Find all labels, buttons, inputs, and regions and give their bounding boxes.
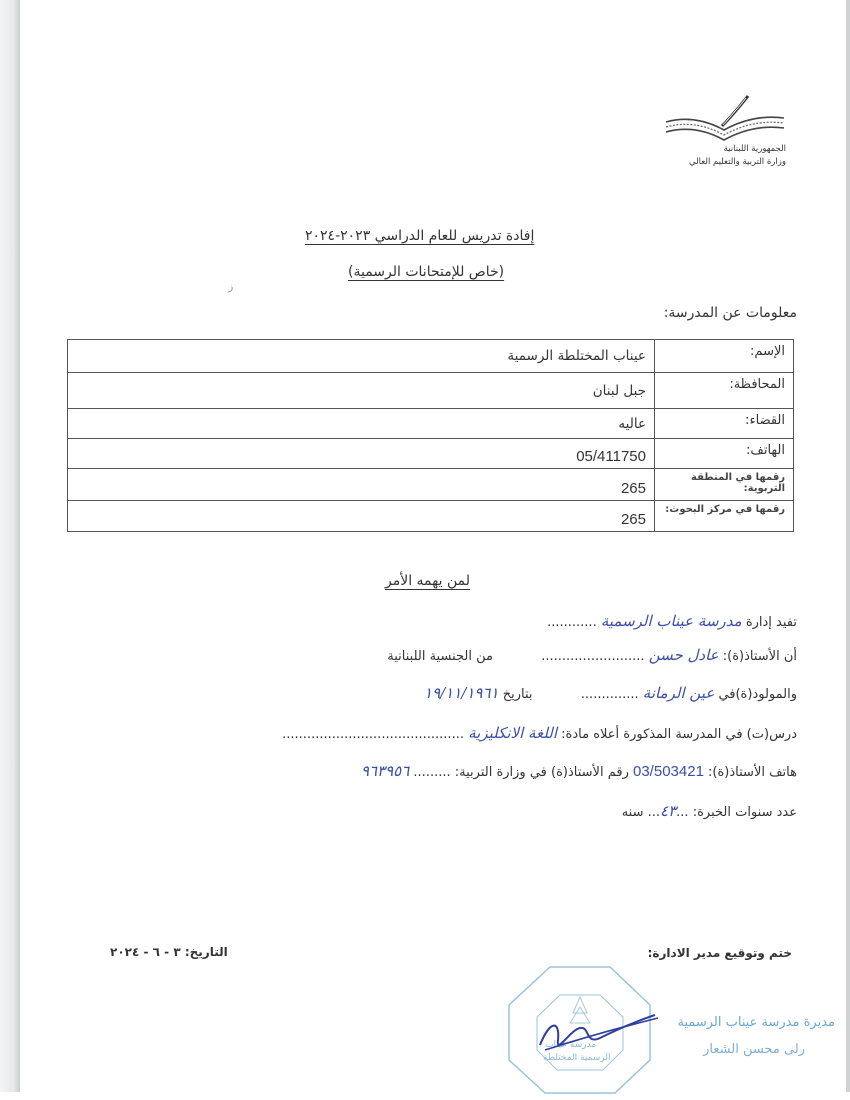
research-center-number-value: 265 [68,501,655,532]
republic-label: الجمهورية اللبنانية [724,144,786,154]
certificate-line-2: أن الأستاذ(ة): عادل حسن ................… [387,646,797,664]
line4-prefix: درس(ت) في المدرسة المذكورة أعلاه مادة: [561,727,797,742]
page-edge-right [846,0,850,1092]
name-label: الإسم: [655,340,794,373]
table-row: رقمها في مركز البحوث: 265 [68,501,794,532]
document-subtitle: (خاص للإمتحانات الرسمية) [348,264,504,280]
name-value: عيناب المختلطة الرسمية [68,340,655,373]
footer-date: التاريخ: ٣ - ٦ - ٢٠٢٤ [110,945,228,959]
handwritten-birthplace: عين الرمانة [643,684,715,702]
teacher-phone-label: هاتف الأستاذ(ة): [708,765,797,780]
handwritten-school-name: مدرسة عيناب الرسمية [601,612,742,630]
region-number-label: رقمها في المنطقة التربوية: [655,469,794,501]
district-label: القضاء: [655,409,794,439]
phone-label: الهاتف: [655,439,794,469]
phone-value: 05/411750 [68,439,655,469]
certificate-line-3: والمولود(ة)في عين الرمانة ..............… [424,684,797,702]
handwritten-subject: اللغة الانكليزية [468,724,557,742]
line1-dots: ............ [547,615,597,630]
footer-date-label: التاريخ: [185,945,228,959]
stamp-principal-title: مديرة مدرسة عيناب الرسمية [677,1015,835,1030]
research-center-number-label: رقمها في مركز البحوث: [655,501,794,532]
line2-prefix: أن الأستاذ(ة): [723,649,797,664]
to-whom-heading: لمن يهمه الأمر [385,573,470,589]
district-value: عاليه [68,409,655,439]
line4-dots: ........................................… [282,727,464,742]
experience-dots-before: ... [676,805,688,820]
footer-date-value: ٣ - ٦ - ٢٠٢٤ [110,945,181,959]
date-label: بتاريخ [503,687,533,702]
stray-mark: ﺯ [228,280,233,293]
certificate-line-6: عدد سنوات الخبرة: ...٤٣... سنه [622,802,797,820]
line2-dots: ......................... [541,649,644,664]
nationality-text: من الجنسية اللبنانية [387,649,493,664]
line3-prefix: والمولود(ة)في [718,687,797,702]
signature-label: ختم وتوقيع مدير الادارة: [648,946,792,960]
years-unit: سنه [622,805,644,820]
ministry-number-label: رقم الأستاذ(ة) في وزارة التربية: [455,765,629,780]
handwritten-experience-years: ٤٣ [660,802,676,820]
stamp-principal-name: رلى محسن الشعار [703,1042,805,1057]
governorate-label: المحافظة: [655,373,794,409]
table-row: الإسم: عيناب المختلطة الرسمية [68,340,794,373]
handwritten-birthdate: ١٩/١١/١٩٦١ [424,684,499,702]
experience-dots-after: ... [648,805,660,820]
book-with-pen-icon [660,92,790,142]
line3-dots: .............. [581,687,639,702]
page-edge-left [0,0,20,1092]
table-row: الهاتف: 05/411750 [68,439,794,469]
line5-dots: ......... [413,765,450,780]
table-row: القضاء: عاليه [68,409,794,439]
line1-prefix: تفيد إدارة [746,615,797,630]
certificate-line-5: هاتف الأستاذ(ة): 03/503421 رقم الأستاذ(ة… [361,762,797,780]
region-number-value: 265 [68,469,655,501]
handwritten-teacher-phone: 03/503421 [633,763,704,780]
table-row: المحافظة: جبل لبنان [68,373,794,409]
table-row: رقمها في المنطقة التربوية: 265 [68,469,794,501]
experience-label: عدد سنوات الخبرة: [693,805,797,820]
certificate-line-4: درس(ت) في المدرسة المذكورة أعلاه مادة: ا… [282,724,797,742]
school-info-label: معلومات عن المدرسة: [664,305,797,321]
handwritten-teacher-name: عادل حسن [649,646,719,664]
handwritten-ministry-number: ٩٦٣٩٥٦ [361,762,409,780]
signature-scribble [530,1000,660,1060]
document-title: إفادة تدريس للعام الدراسي ٢٠٢٣-٢٠٢٤ [305,228,534,244]
governorate-value: جبل لبنان [68,373,655,409]
school-info-table: الإسم: عيناب المختلطة الرسمية المحافظة: … [67,339,794,532]
ministry-logo: الجمهورية اللبنانية وزارة التربية والتعل… [660,92,790,172]
certificate-line-1: تفيد إدارة مدرسة عيناب الرسمية .........… [547,612,797,630]
ministry-label: وزارة التربية والتعليم العالي [689,157,786,167]
